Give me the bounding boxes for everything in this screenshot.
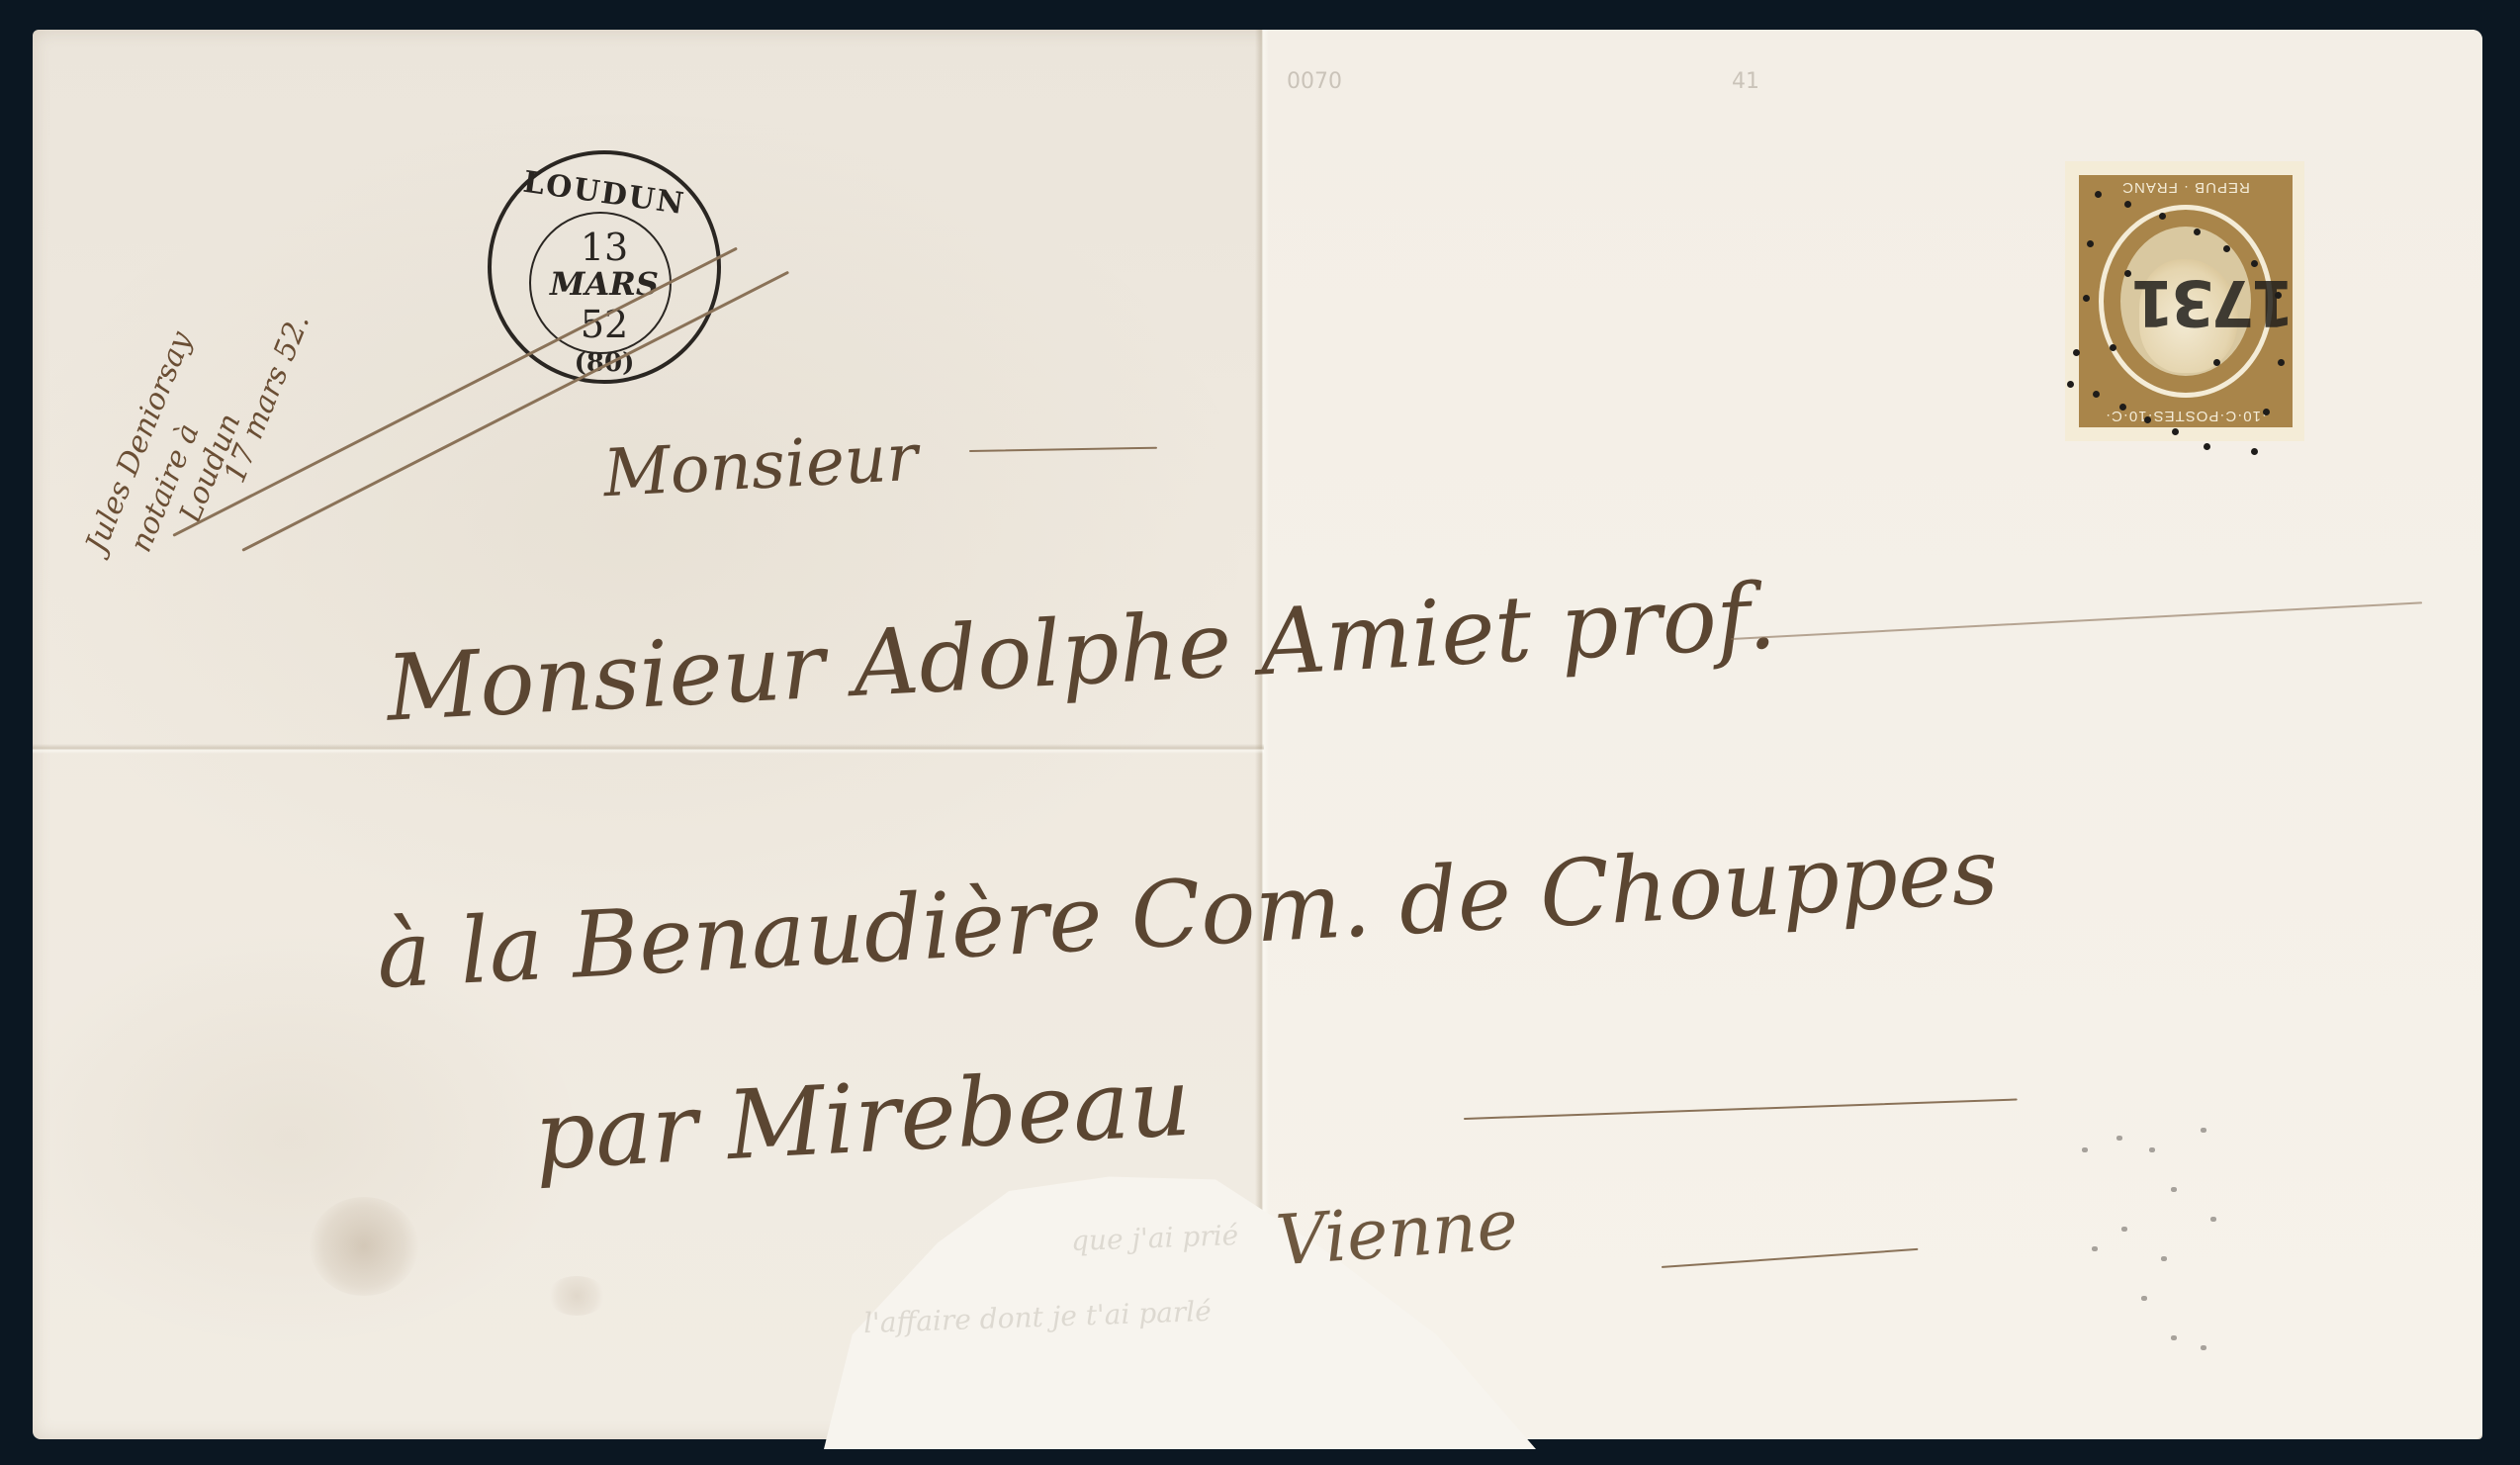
ink-stain [310, 1197, 418, 1296]
stamp-country-text: REPUB · FRANC [2079, 175, 2293, 199]
loudun-postmark: LOUDUN 13 MARS 52 (80) [488, 150, 721, 384]
address-department: Vienne [1273, 1184, 1520, 1282]
ceres-10c-stamp: ·10·C·POSTES·10·C· REPUB · FRANC 1731 [2065, 161, 2304, 441]
cancel-dot [2194, 229, 2201, 235]
sender-docket: Jules Deniorsay notaire à Loudun 17 mars… [59, 79, 247, 554]
ink-stain [547, 1276, 606, 1316]
cancel-dot [2251, 260, 2258, 267]
horizontal-fold [33, 744, 1264, 754]
postmark-day: 13 [492, 226, 717, 269]
cancel-dot [2278, 359, 2285, 366]
cancel-dot [2251, 448, 2258, 455]
pencil-mark: 0070 [1287, 69, 1342, 94]
postmark-month: MARS [492, 265, 717, 303]
cancel-dot [2067, 381, 2074, 388]
cancel-dot [2083, 295, 2090, 302]
cancel-dot [2263, 409, 2270, 415]
cancel-dot [2095, 191, 2102, 198]
cancel-dot [2144, 416, 2151, 423]
cancel-dot [2159, 213, 2166, 220]
cancel-dot [2223, 245, 2230, 252]
cancel-dot [2124, 270, 2131, 277]
cancel-dot [2073, 349, 2080, 356]
cancel-dot [2087, 240, 2094, 247]
cancel-dot [2172, 428, 2179, 435]
pencil-mark: 41 [1732, 69, 1759, 94]
stamp-value-text: ·10·C·POSTES·10·C· [2079, 404, 2293, 427]
cancel-dot [2213, 359, 2220, 366]
lozenge-cancel-number: 1731 [2134, 265, 2295, 338]
cancel-dot [2093, 391, 2100, 398]
cancel-dot [2204, 443, 2210, 450]
show-through-text: que j'ai prié [1070, 1219, 1238, 1257]
cancel-dot [2124, 201, 2131, 208]
cancel-dot [2119, 404, 2126, 411]
cancel-dot [2110, 344, 2116, 351]
offset-cancel-smudge [2072, 1108, 2250, 1365]
cancel-dot [2275, 292, 2282, 299]
